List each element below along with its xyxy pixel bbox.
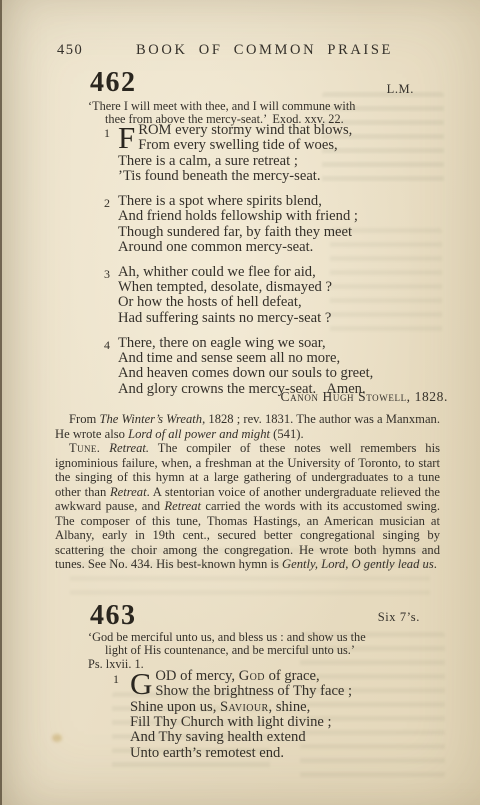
verse-line: And time and sense seem all no more, [118,351,440,366]
hymn-462-number: 462 [90,71,137,95]
verse-line: Had suffering saints no mercy-seat ? [118,311,440,326]
verse-line: And heaven comes down our souls to greet… [118,366,440,381]
hymn-463-meter: Six 7’s. [378,610,420,625]
verse-number: 1 [113,672,119,687]
book-page: 450 BOOK OF COMMON PRAISE 462 L.M. ‘Ther… [0,0,480,805]
verse-2: 2 There is a spot where spirits blend, A… [118,194,440,255]
verse-number: 1 [104,126,110,141]
running-header: 450 BOOK OF COMMON PRAISE [55,42,440,60]
verse-number: 4 [104,338,110,353]
verse-line: Ah, whither could we flee for aid, [118,265,440,280]
verse-line: ’Tis found beneath the mercy-seat. [118,169,440,184]
hymn-463-number: 463 [90,604,137,628]
verse-3: 3 Ah, whither could we flee for aid, Whe… [118,265,440,326]
page-number: 450 [57,42,83,59]
verse-number: 2 [104,196,110,211]
verse-line: Fill Thy Church with light divine ; [130,715,440,730]
verse-line: Or how the hosts of hell defeat, [118,295,440,310]
hymn-462-verses: 1 F ROM every stormy wind that blows, Fr… [55,123,440,407]
verse-1: 1 F ROM every stormy wind that blows, Fr… [118,123,440,184]
verse-line: There is a calm, a sure retreat ; [118,154,440,169]
epigraph-line: ‘God be merciful unto us, and bless us :… [55,631,440,644]
hymn-462-attribution: Canon Hugh Stowell, 1828. [281,389,448,405]
verse-1: 1 G OD of mercy, God of grace, Show the … [130,669,440,761]
verse-4: 4 There, there on eagle wing we soar, An… [118,336,440,397]
verse-line: There is a spot where spirits blend, [118,194,440,209]
book-title-header: BOOK OF COMMON PRAISE [89,42,440,59]
verse-line: From every swelling tide of woes, [118,138,440,153]
drop-cap: F [118,123,138,151]
hymn-463-epigraph: ‘God be merciful unto us, and bless us :… [55,631,440,671]
verse-line: Shine upon us, Saviour, shine, [130,700,440,715]
drop-cap: G [130,669,155,697]
verse-line: Though sundered far, by faith they meet [118,225,440,240]
verse-line: Unto earth’s remotest end. [130,746,440,761]
verse-line: ROM every stormy wind that blows, [118,123,440,138]
verse-line: There, there on eagle wing we soar, [118,336,440,351]
verse-line: OD of mercy, God of grace, [130,669,440,684]
verse-line: Show the brightness of Thy face ; [130,684,440,699]
page-gutter-edge [0,0,2,805]
verse-line: And friend holds fellowship with friend … [118,209,440,224]
editor-notes: From The Winter’s Wreath, 1828 ; rev. 18… [55,412,440,572]
epigraph-line: light of His countenance, and be mercifu… [55,644,440,657]
verse-line: Around one common mercy-seat. [118,240,440,255]
hymn-462-meter: L.M. [387,82,414,97]
hymn-463-verses: 1 G OD of mercy, God of grace, Show the … [55,669,440,771]
verse-line: And Thy saving health extend [130,730,440,745]
notes-paragraph-source: From The Winter’s Wreath, 1828 ; rev. 18… [55,412,440,441]
epigraph-line: ‘There I will meet with thee, and I will… [55,100,440,113]
verse-number: 3 [104,267,110,282]
notes-paragraph-tune: Tune. Retreat. The compiler of these not… [55,441,440,572]
verse-line: When tempted, desolate, dismayed ? [118,280,440,295]
